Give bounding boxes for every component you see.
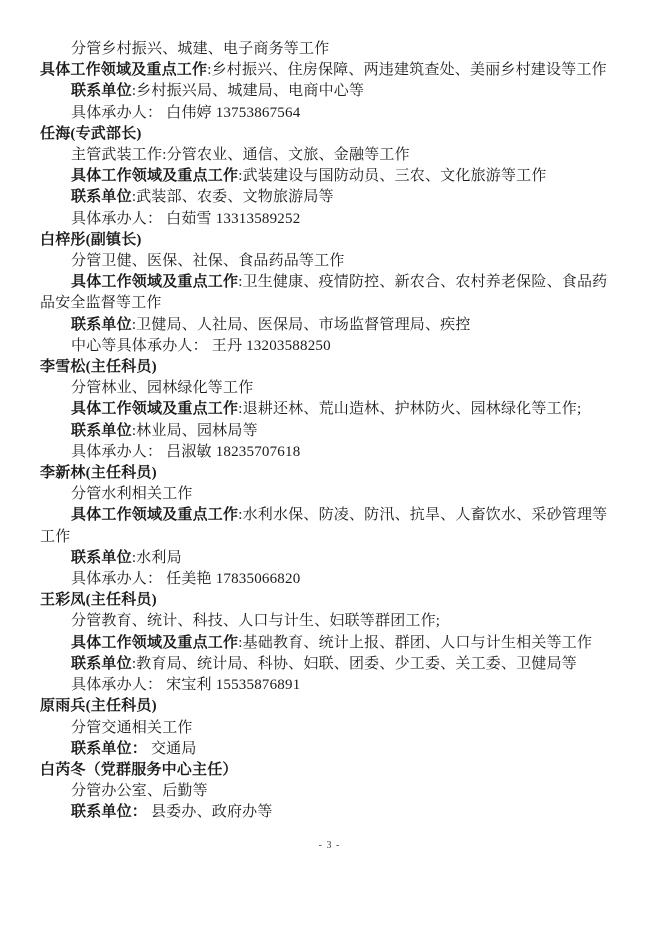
text-line: 具体承办人： 吕淑敏 18235707618 [40,442,621,463]
field-text: 分管水利相关工作 [71,486,193,502]
official-heading: 原雨兵(主任科员) [40,696,621,717]
text-line: 分管乡村振兴、城建、电子商务等工作 [40,39,621,60]
field-text: 具体承办人： 白茹雪 13313589252 [71,211,300,227]
text-line: 联系单位:武装部、农委、文物旅游局等 [40,187,621,208]
document-page: 分管乡村振兴、城建、电子商务等工作具体工作领域及重点工作:乡村振兴、住房保障、两… [0,0,659,933]
text-line: 工作 [40,527,621,548]
field-text: :卫生健康、疫情防控、新农合、农村养老保险、食品药 [238,274,607,290]
text-line: 中心等具体承办人： 王丹 13203588250 [40,336,621,357]
page-footer: - 3 - [0,840,659,851]
field-text: :林业局、园林局等 [132,423,258,439]
official-heading: 白芮冬（党群服务中心主任） [40,760,621,781]
official-heading: 李新林(主任科员) [40,463,621,484]
document-body: 分管乡村振兴、城建、电子商务等工作具体工作领域及重点工作:乡村振兴、住房保障、两… [40,39,621,824]
text-line: 联系单位： 交通局 [40,739,621,760]
text-line: 具体承办人： 任美艳 17835066820 [40,569,621,590]
field-label: 联系单位 [71,550,132,566]
field-text: 县委办、政府办等 [147,804,273,820]
field-label: 具体工作领域及重点工作 [71,507,238,523]
field-text: 工作 [40,529,70,545]
field-label: 联系单位 [71,83,132,99]
field-text: 交通局 [147,741,197,757]
text-line: 具体承办人： 白茹雪 13313589252 [40,209,621,230]
text-line: 分管卫健、医保、社保、食品药品等工作 [40,251,621,272]
official-heading: 任海(专武部长) [40,124,621,145]
official-heading: 李雪松(主任科员) [40,357,621,378]
text-line: 具体工作领域及重点工作:基础教育、统计上报、群团、人口与计生相关等工作 [40,633,621,654]
text-line: 主管武装工作:分管农业、通信、文旅、金融等工作 [40,145,621,166]
text-line: 品安全监督等工作 [40,293,621,314]
field-text: 具体承办人： 吕淑敏 18235707618 [71,444,300,460]
text-line: 具体承办人： 宋宝利 15535876891 [40,675,621,696]
text-line: 联系单位:水利局 [40,548,621,569]
field-label: 联系单位 [71,656,132,672]
field-text: 分管交通相关工作 [71,720,193,736]
text-line: 具体工作领域及重点工作:退耕还林、荒山造林、护林防火、园林绿化等工作; [40,399,621,420]
field-text: 分管乡村振兴、城建、电子商务等工作 [71,41,329,57]
field-label: 联系单位： [71,741,147,757]
field-label: 具体工作领域及重点工作 [71,635,238,651]
field-label: 联系单位： [71,804,147,820]
field-label: 联系单位 [71,317,132,333]
field-text: 具体承办人： 宋宝利 15535876891 [71,677,300,693]
text-line: 分管水利相关工作 [40,484,621,505]
field-text: :退耕还林、荒山造林、护林防火、园林绿化等工作; [238,401,581,417]
field-text: 中心等具体承办人： 王丹 13203588250 [71,338,331,354]
text-line: 分管交通相关工作 [40,718,621,739]
field-text: :教育局、统计局、科协、妇联、团委、少工委、关工委、卫健局等 [132,656,577,672]
text-line: 具体承办人： 白伟婷 13753867564 [40,103,621,124]
field-text: :卫健局、人社局、医保局、市场监督管理局、疾控 [132,317,471,333]
field-text: :水利水保、防凌、防汛、抗旱、人畜饮水、采砂管理等 [238,507,607,523]
text-line: 具体工作领域及重点工作:水利水保、防凌、防汛、抗旱、人畜饮水、采砂管理等 [40,505,621,526]
official-heading: 白梓彤(副镇长) [40,230,621,251]
text-line: 分管办公室、后勤等 [40,781,621,802]
field-label: 联系单位 [71,423,132,439]
text-line: 具体工作领域及重点工作:乡村振兴、住房保障、两违建筑查处、美丽乡村建设等工作 [40,60,621,81]
field-label: 具体工作领域及重点工作 [40,62,207,78]
text-line: 联系单位:教育局、统计局、科协、妇联、团委、少工委、关工委、卫健局等 [40,654,621,675]
field-label: 具体工作领域及重点工作 [71,168,238,184]
field-text: :武装建设与国防动员、三农、文化旅游等工作 [238,168,546,184]
text-line: 分管林业、园林绿化等工作 [40,378,621,399]
field-text: 主管武装工作:分管农业、通信、文旅、金融等工作 [71,147,410,163]
text-line: 分管教育、统计、科技、人口与计生、妇联等群团工作; [40,611,621,632]
field-label: 联系单位 [71,189,132,205]
field-text: 具体承办人： 白伟婷 13753867564 [71,105,300,121]
field-text: 分管林业、园林绿化等工作 [71,380,253,396]
field-text: 品安全监督等工作 [40,295,162,311]
official-heading: 王彩凤(主任科员) [40,590,621,611]
text-line: 具体工作领域及重点工作:卫生健康、疫情防控、新农合、农村养老保险、食品药 [40,272,621,293]
field-text: :乡村振兴局、城建局、电商中心等 [132,83,364,99]
field-label: 具体工作领域及重点工作 [71,401,238,417]
page-number: - 3 - [319,840,341,851]
field-text: 分管教育、统计、科技、人口与计生、妇联等群团工作; [71,613,440,629]
field-text: 分管卫健、医保、社保、食品药品等工作 [71,253,345,269]
field-text: :基础教育、统计上报、群团、人口与计生相关等工作 [238,635,592,651]
field-text: :乡村振兴、住房保障、两违建筑查处、美丽乡村建设等工作 [207,62,607,78]
field-text: 具体承办人： 任美艳 17835066820 [71,571,300,587]
text-line: 联系单位:林业局、园林局等 [40,421,621,442]
field-text: 分管办公室、后勤等 [71,783,208,799]
field-text: :武装部、农委、文物旅游局等 [132,189,334,205]
text-line: 联系单位:卫健局、人社局、医保局、市场监督管理局、疾控 [40,315,621,336]
field-label: 具体工作领域及重点工作 [71,274,238,290]
text-line: 具体工作领域及重点工作:武装建设与国防动员、三农、文化旅游等工作 [40,166,621,187]
field-text: :水利局 [132,550,182,566]
text-line: 联系单位:乡村振兴局、城建局、电商中心等 [40,81,621,102]
text-line: 联系单位： 县委办、政府办等 [40,802,621,823]
